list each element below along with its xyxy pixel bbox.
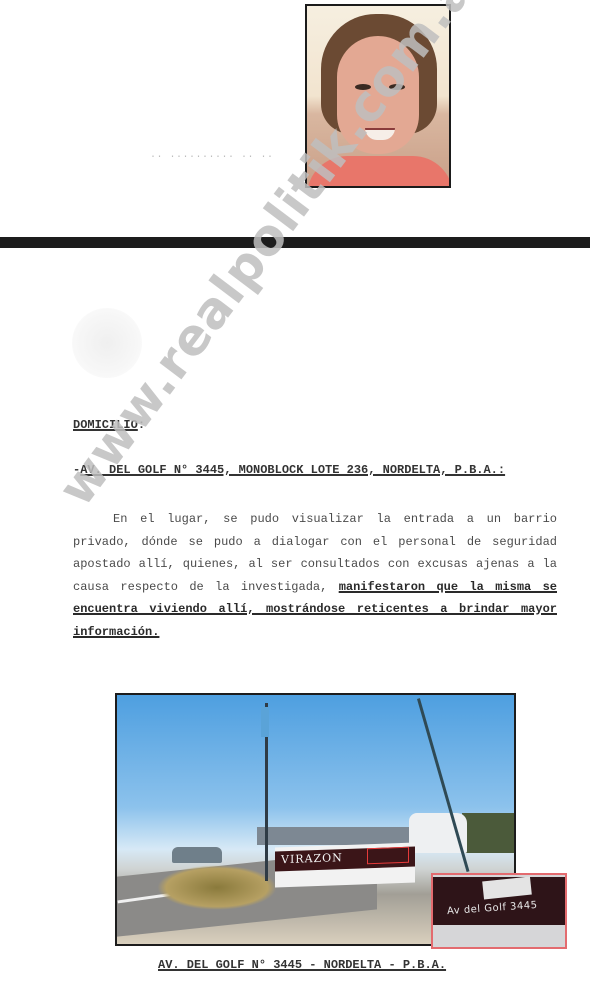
flag [261, 707, 269, 737]
shrubs [157, 865, 277, 910]
page-divider [0, 237, 590, 248]
address-heading: -AV. DEL GOLF N° 3445, MONOBLOCK LOTE 23… [73, 463, 505, 477]
sign-text: VIRAZON [281, 851, 343, 866]
entrance-sign: VIRAZON [275, 843, 415, 888]
zoom-inset: Av del Golf 3445 [431, 873, 567, 949]
heading-colon: : [138, 418, 145, 432]
address-text: AV. DEL GOLF N° 3445, MONOBLOCK LOTE 236… [80, 463, 505, 477]
heading-text: DOMICILIO [73, 418, 138, 432]
photo-eye-right [389, 84, 405, 90]
body-paragraph: En el lugar, se pudo visualizar la entra… [73, 508, 557, 644]
photo-shirt [307, 156, 451, 188]
photo-caption: AV. DEL GOLF N° 3445 - NORDELTA - P.B.A. [158, 958, 446, 972]
section-heading: DOMICILIO: [73, 418, 145, 432]
hedge [462, 813, 516, 853]
photo-eye-left [355, 84, 371, 90]
portrait-photo [305, 4, 451, 188]
car [172, 847, 222, 863]
highlight-box [367, 847, 409, 864]
faint-text: ·· ·········· ·· ·· [150, 152, 274, 163]
faded-stamp [72, 308, 142, 378]
document-page-top: ·· ·········· ·· ·· [0, 0, 590, 237]
